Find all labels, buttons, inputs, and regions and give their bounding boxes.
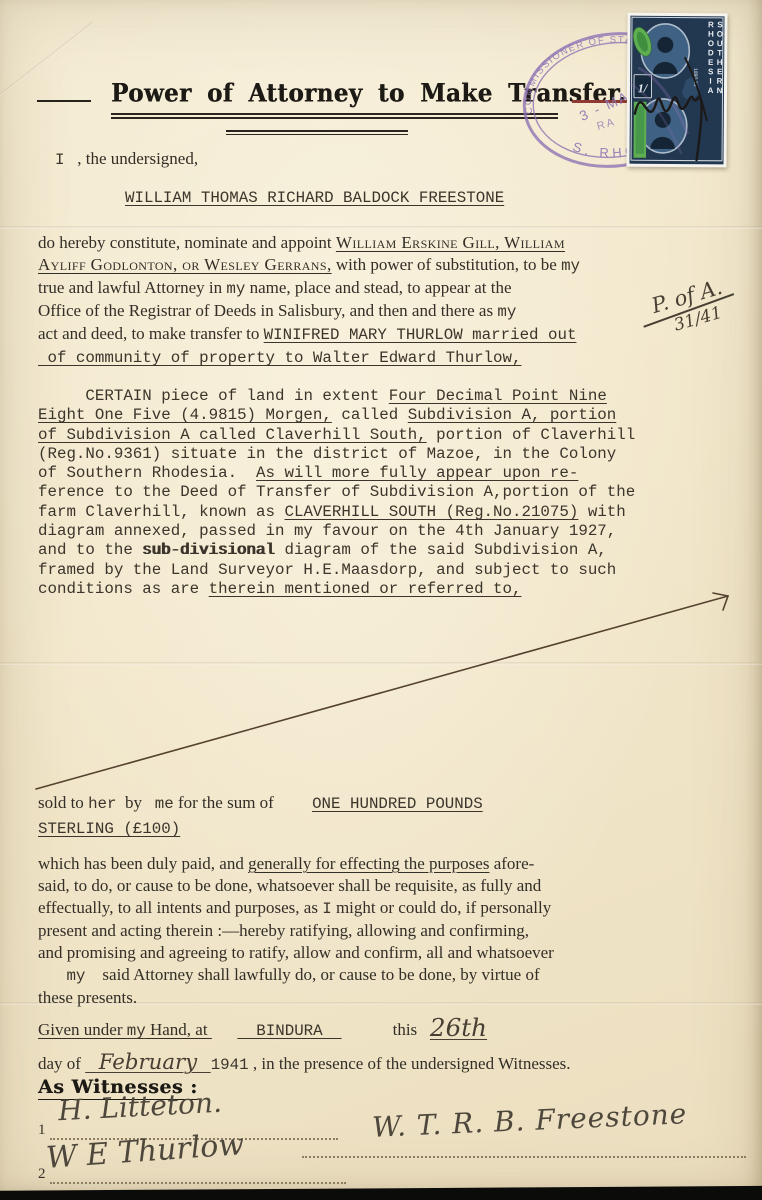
witness-2-number: 2	[38, 1166, 46, 1183]
title-underline-2	[111, 117, 558, 119]
document-page: COMMISSIONER OF STAMPS 3 - MAR RA S. RHO…	[0, 0, 762, 1200]
paragraph-property-description: CERTAIN piece of land in extent Four Dec…	[38, 386, 728, 598]
title-underline-1	[111, 113, 558, 115]
pen-diagonal-line	[30, 583, 740, 797]
consideration-line: sold to her by me for the sum of ONE HUN…	[38, 791, 688, 841]
intro-line: I , the undersigned,	[55, 148, 198, 171]
execution-line: Given under my Hand, at BINDURA this 26t…	[38, 1012, 738, 1081]
witness-2-line	[50, 1182, 346, 1184]
title-dash-left	[37, 100, 91, 102]
title-short-rule-1	[226, 130, 408, 132]
paragraph-appointment: do hereby constitute, nominate and appoi…	[38, 232, 663, 369]
cancel-line2-label: RA	[596, 116, 618, 133]
witness-2-signature: W E Thurlow	[45, 1127, 245, 1176]
witness-1-number: 1	[38, 1122, 46, 1139]
revenue-stamp: SOUTHERN RHODESIA 1890-19	[626, 13, 727, 168]
principal-name: WILLIAM THOMAS RICHARD BALDOCK FREESTONE	[125, 186, 504, 209]
principal-signature: W. T. R. B. Freestone	[371, 1097, 687, 1144]
paragraph-ratification: which has been duly paid, and generally …	[38, 853, 718, 1009]
scan-edge-bottom	[0, 1184, 762, 1200]
title-short-rule-2	[226, 134, 408, 136]
paper-crease	[0, 226, 762, 229]
principal-signature-line	[302, 1156, 746, 1158]
stamp-country-label: SOUTHERN RHODESIA	[706, 20, 725, 160]
